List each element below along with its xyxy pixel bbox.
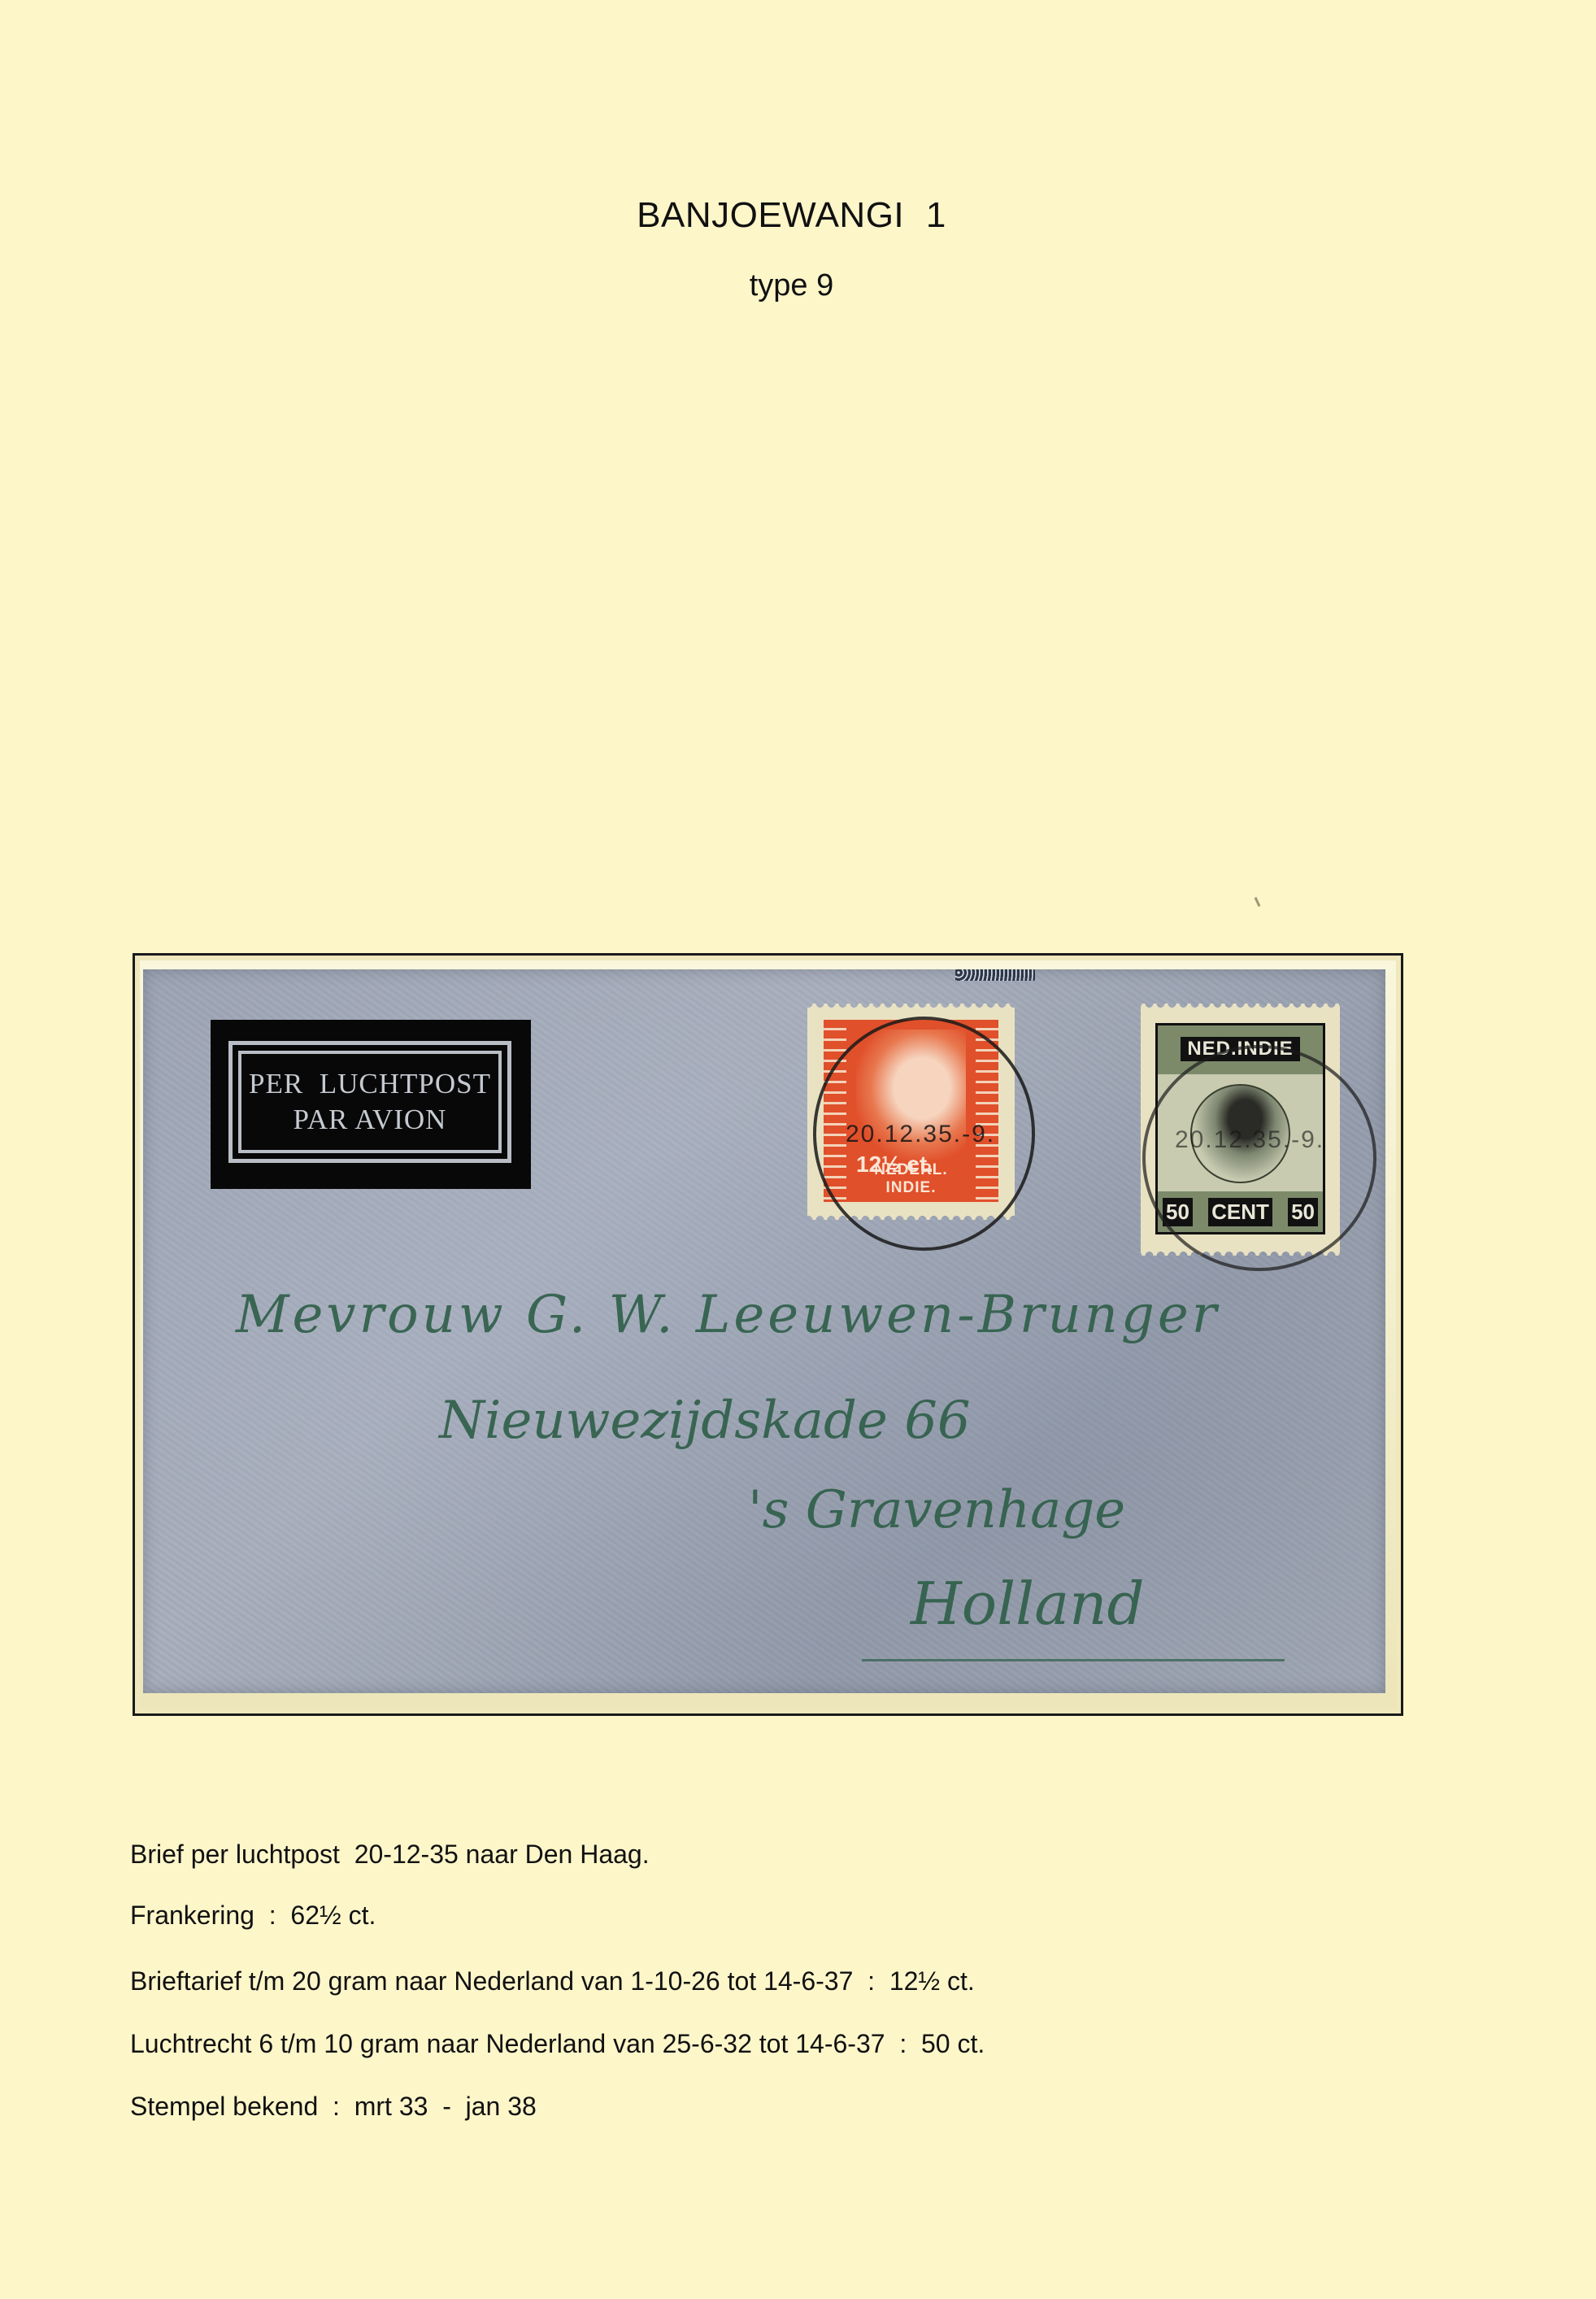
description-line-4: Luchtrecht 6 t/m 10 gram naar Nederland … bbox=[130, 2029, 985, 2059]
airmail-label-inner: PER LUCHTPOST PAR AVION bbox=[238, 1051, 502, 1153]
paper-speck bbox=[1255, 897, 1261, 907]
page-subtitle: type 9 bbox=[0, 268, 1583, 303]
postmark-circle-2 bbox=[1142, 1045, 1376, 1271]
page-title: BANJOEWANGI 1 bbox=[0, 195, 1583, 236]
envelope-flap-tab bbox=[955, 969, 1035, 981]
description-line-5: Stempel bekend : mrt 33 - jan 38 bbox=[130, 2092, 537, 2122]
address-line-4: Holland bbox=[911, 1570, 1145, 1638]
address-line-2: Nieuwezijdskade 66 bbox=[439, 1391, 971, 1451]
address-line-3: 's Gravenhage bbox=[748, 1480, 1125, 1540]
airmail-label-line2: PAR AVION bbox=[294, 1102, 447, 1138]
airmail-label: PER LUCHTPOST PAR AVION bbox=[211, 1020, 531, 1189]
postmark-date-2: 20.12.35.-9. bbox=[1175, 1126, 1324, 1154]
address-underline bbox=[862, 1659, 1285, 1661]
address-line-1: Mevrouw G. W. Leeuwen-Brunger bbox=[236, 1285, 1220, 1345]
airmail-label-border: PER LUCHTPOST PAR AVION bbox=[228, 1041, 511, 1163]
description-line-1: Brief per luchtpost 20-12-35 naar Den Ha… bbox=[130, 1840, 650, 1870]
postmark-date-1: 20.12.35.-9. bbox=[846, 1121, 995, 1148]
airmail-label-line1: PER LUCHTPOST bbox=[249, 1066, 491, 1102]
description-line-2: Frankering : 62½ ct. bbox=[130, 1901, 376, 1931]
description-line-3: Brieftarief t/m 20 gram naar Nederland v… bbox=[130, 1966, 975, 1996]
